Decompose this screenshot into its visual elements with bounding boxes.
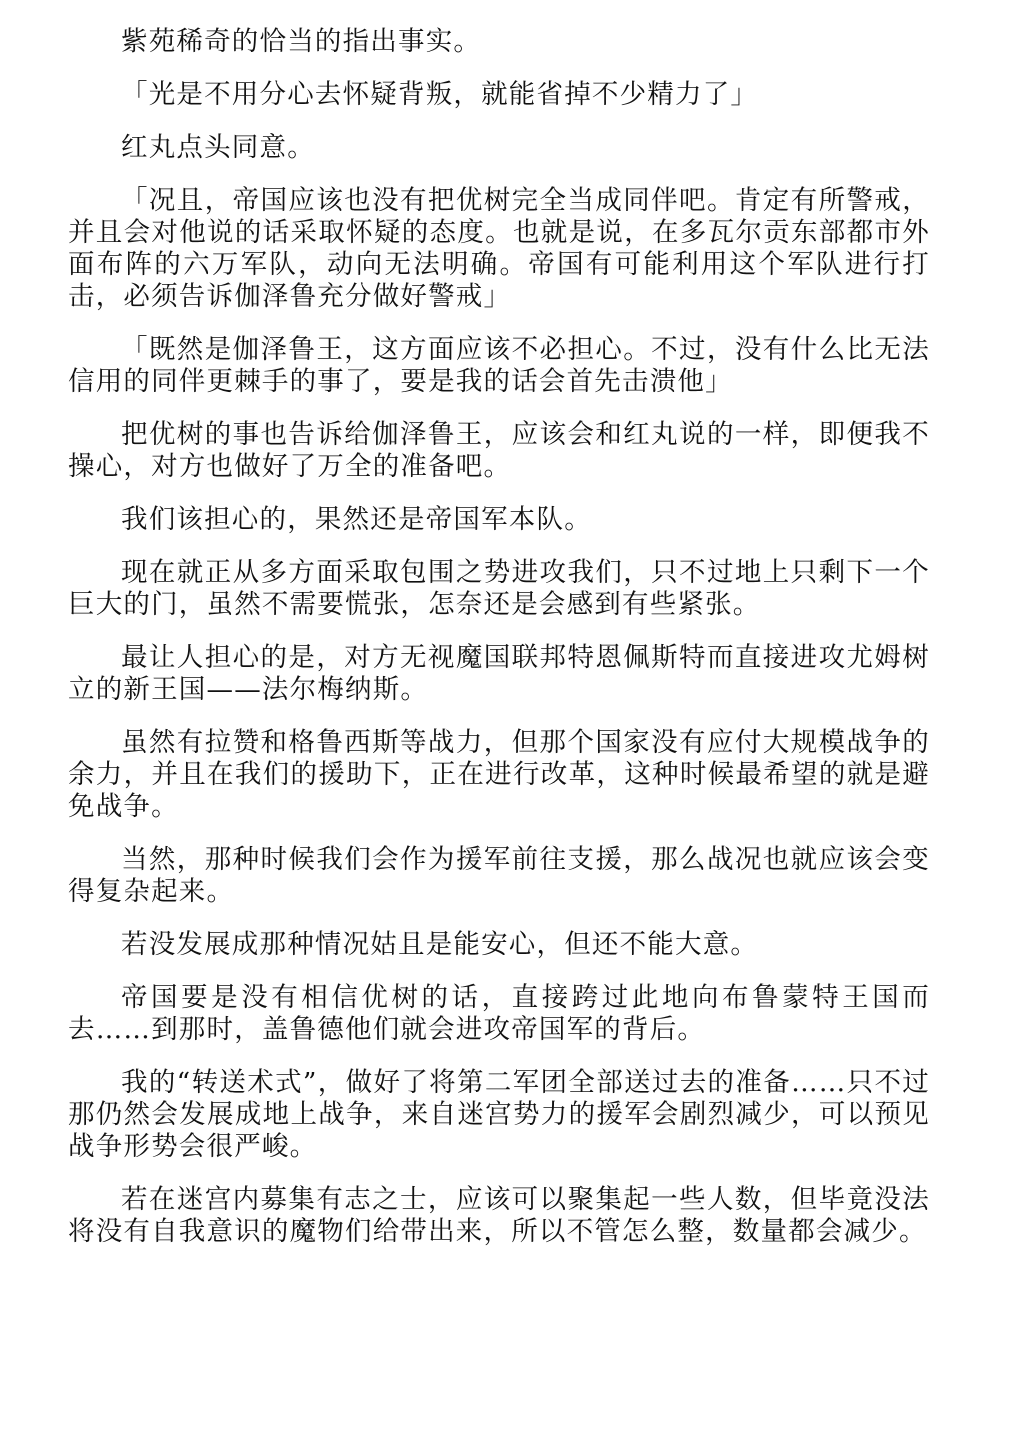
paragraph: 若没发展成那种情况姑且是能安心，但还不能大意。 — [68, 929, 930, 961]
paragraph: 帝国要是没有相信优树的话，直接跨过此地向布鲁蒙特王国而去……到那时，盖鲁德他们就… — [68, 982, 930, 1046]
paragraph: 「况且，帝国应该也没有把优树完全当成同伴吧。肯定有所警戒，并且会对他说的话采取怀… — [68, 185, 930, 313]
paragraph: 把优树的事也告诉给伽泽鲁王，应该会和红丸说的一样，即便我不操心，对方也做好了万全… — [68, 419, 930, 483]
paragraph: 「既然是伽泽鲁王，这方面应该不必担心。不过，没有什么比无法信用的同伴更棘手的事了… — [68, 334, 930, 398]
paragraph: 紫苑稀奇的恰当的指出事实。 — [68, 26, 930, 58]
paragraph: 若在迷宫内募集有志之士，应该可以聚集起一些人数，但毕竟没法将没有自我意识的魔物们… — [68, 1184, 930, 1248]
paragraph: 虽然有拉赞和格鲁西斯等战力，但那个国家没有应付大规模战争的余力，并且在我们的援助… — [68, 727, 930, 823]
paragraph: 我的“转送术式”，做好了将第二军团全部送过去的准备……只不过那仍然会发展成地上战… — [68, 1067, 930, 1163]
document-page: 紫苑稀奇的恰当的指出事实。 「光是不用分心去怀疑背叛，就能省掉不少精力了」 红丸… — [68, 26, 930, 1269]
paragraph: 最让人担心的是，对方无视魔国联邦特恩佩斯特而直接进攻尤姆树立的新王国——法尔梅纳… — [68, 642, 930, 706]
paragraph: 我们该担心的，果然还是帝国军本队。 — [68, 504, 930, 536]
paragraph: 红丸点头同意。 — [68, 132, 930, 164]
paragraph: 现在就正从多方面采取包围之势进攻我们，只不过地上只剩下一个巨大的门，虽然不需要慌… — [68, 557, 930, 621]
paragraph: 当然，那种时候我们会作为援军前往支援，那么战况也就应该会变得复杂起来。 — [68, 844, 930, 908]
paragraph: 「光是不用分心去怀疑背叛，就能省掉不少精力了」 — [68, 79, 930, 111]
